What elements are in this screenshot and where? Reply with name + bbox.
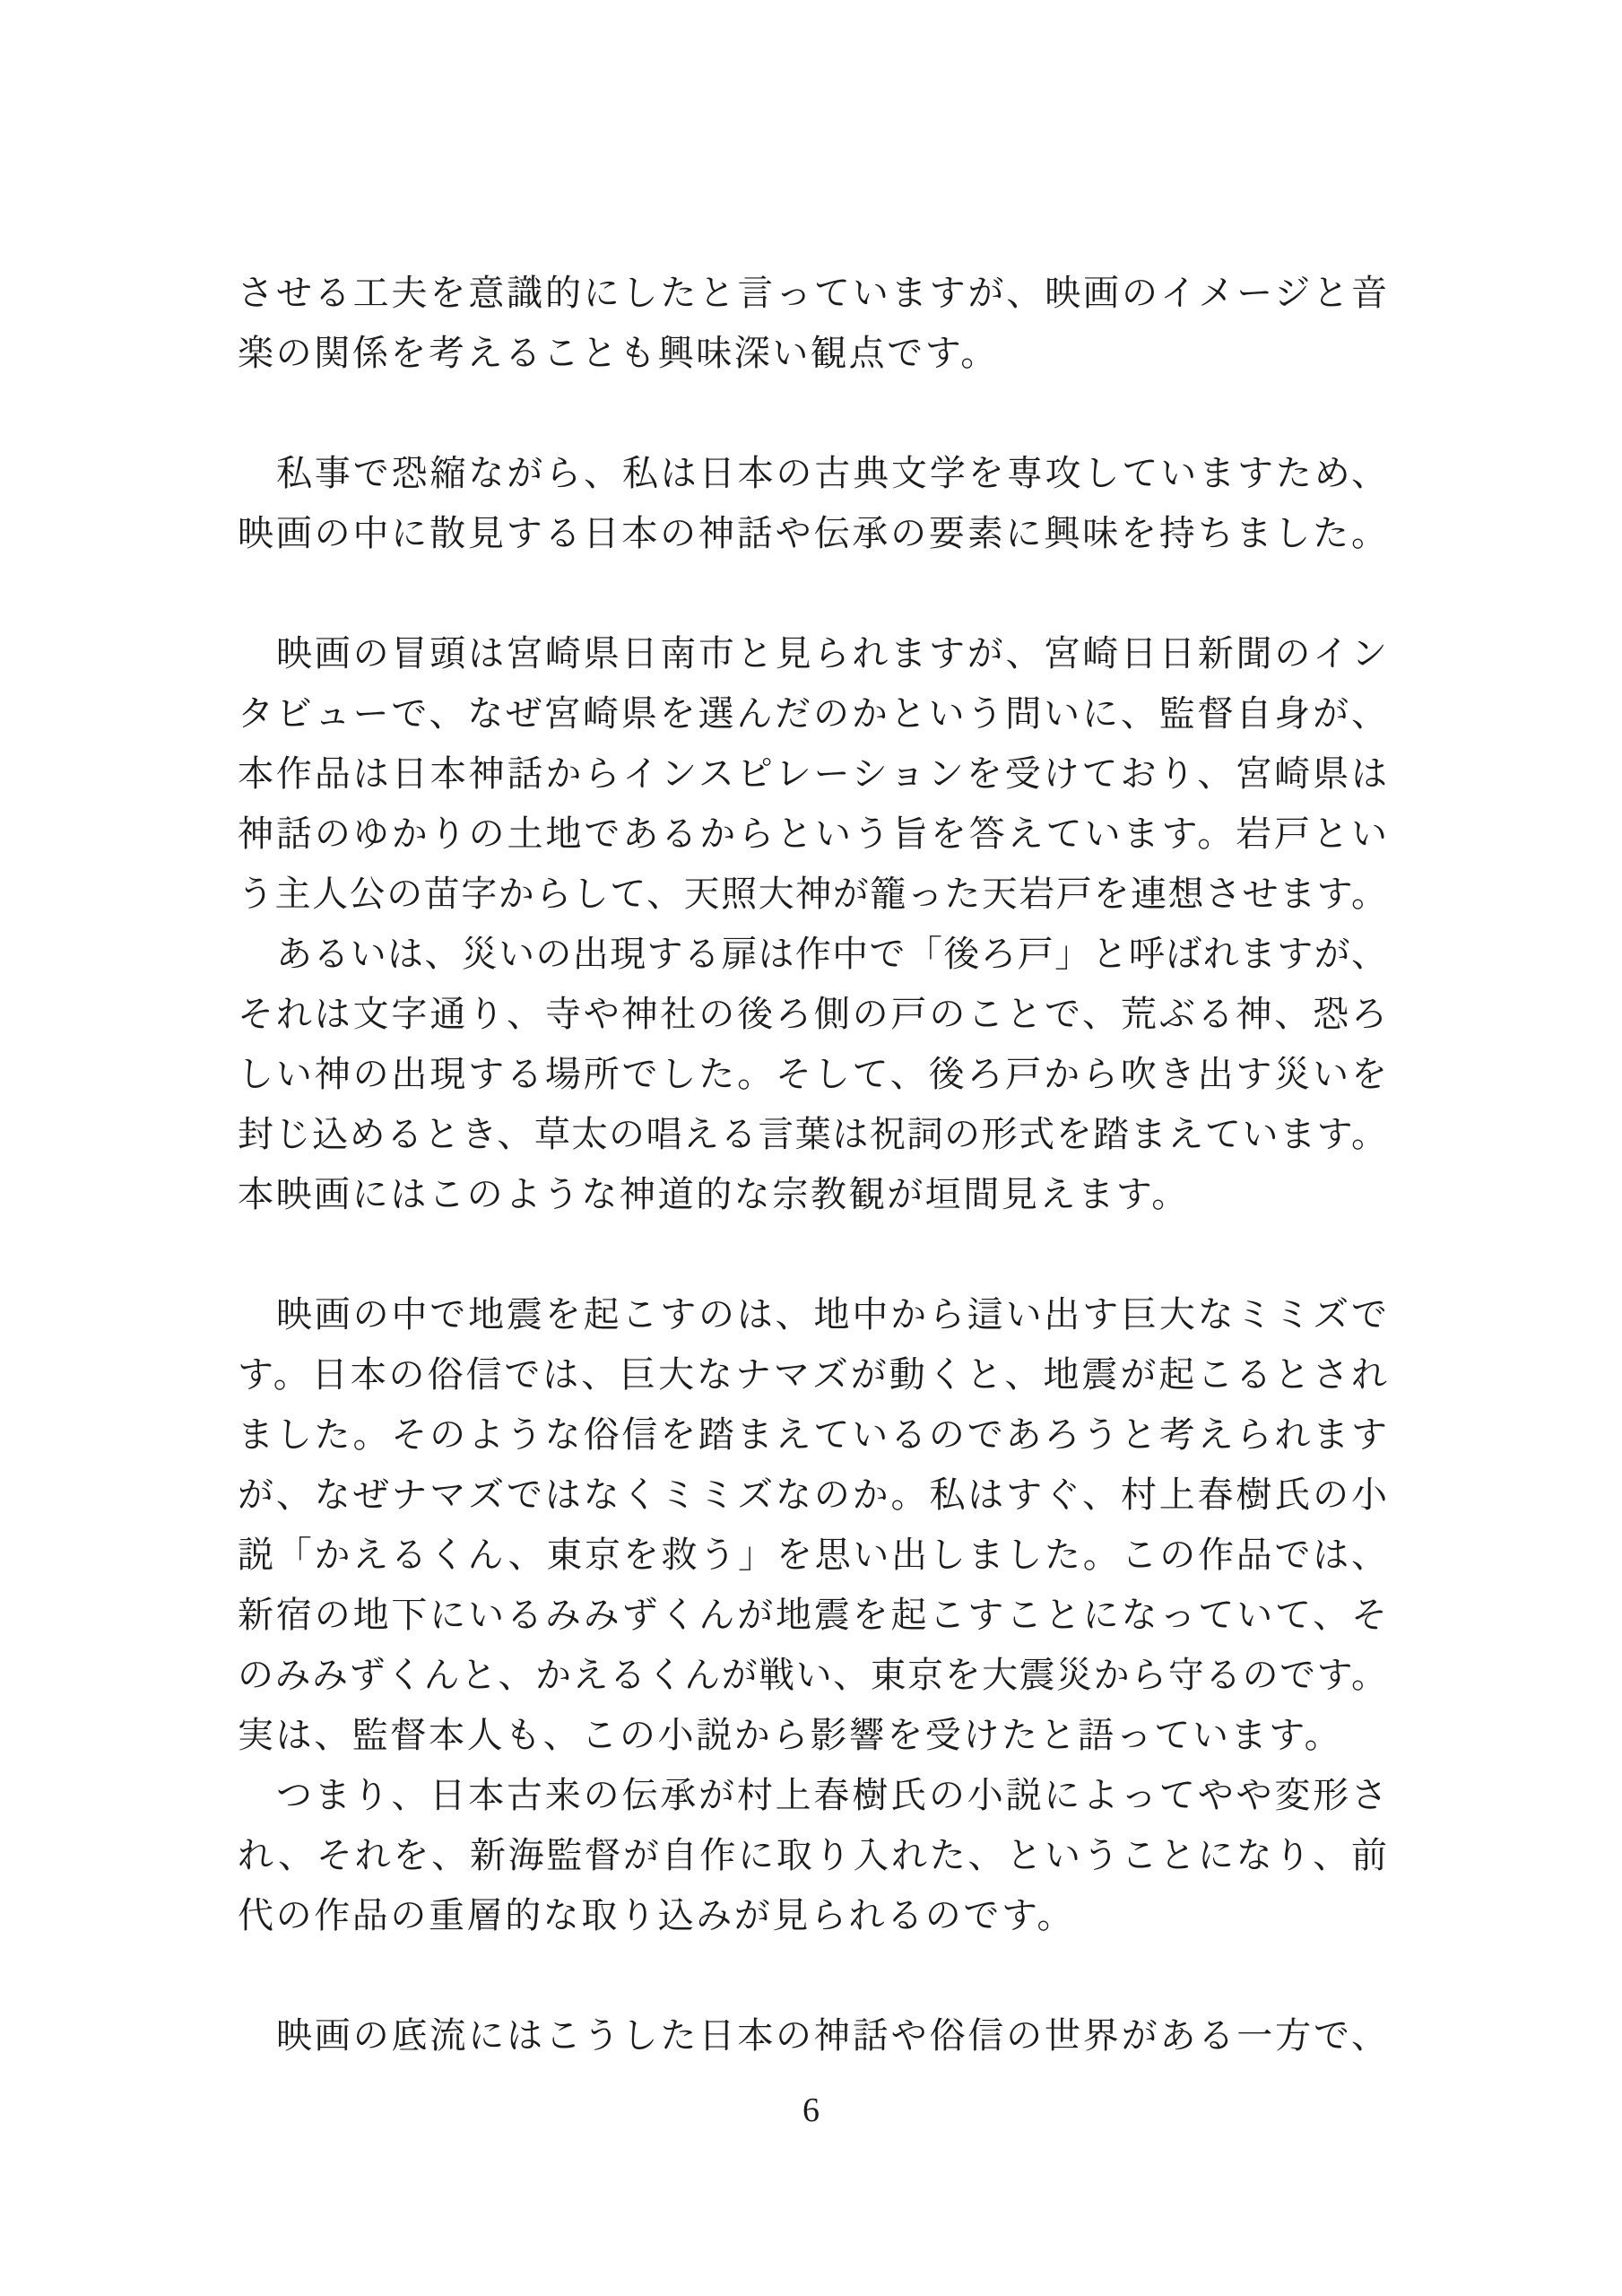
text-line: 映画の冒頭は宮崎県日南市と見られますが、宮崎日日新聞のイン [238,623,1387,683]
text-line: 本映画にはこのような神道的な宗教観が垣間見えます。 [238,1164,1387,1224]
text-line: 説「かえるくん、東京を救う」を思い出しました。この作品では、 [238,1525,1387,1585]
page-number: 6 [0,2086,1622,2135]
paragraph-spacer [238,563,1387,623]
text-body: させる工夫を意識的にしたと言っていますが、映画のイメージと音楽の関係を考えること… [238,263,1387,2066]
paragraph-spacer [238,1945,1387,2005]
text-line: あるいは、災いの出現する扉は作中で「後ろ戸」と呼ばれますが、 [238,924,1387,984]
text-line: う主人公の苗字からして、天照大神が籠った天岩戸を連想させます。 [238,864,1387,924]
paragraph-spacer [238,1224,1387,1284]
text-line: させる工夫を意識的にしたと言っていますが、映画のイメージと音 [238,263,1387,323]
text-line: 代の作品の重層的な取り込みが見られるのです。 [238,1885,1387,1945]
text-line: す。日本の俗信では、巨大なナマズが動くと、地震が起こるとされ [238,1344,1387,1405]
text-line: 映画の底流にはこうした日本の神話や俗信の世界がある一方で、 [238,2005,1387,2066]
text-line: 実は、監督本人も、この小説から影響を受けたと語っています。 [238,1705,1387,1765]
text-line: 封じ込めるとき、草太の唱える言葉は祝詞の形式を踏まえています。 [238,1104,1387,1164]
paragraph-spacer [238,383,1387,443]
text-line: それは文字通り、寺や神社の後ろ側の戸のことで、荒ぶる神、恐ろ [238,984,1387,1044]
text-line: ました。そのような俗信を踏まえているのであろうと考えられます [238,1405,1387,1465]
text-line: が、なぜナマズではなくミミズなのか。私はすぐ、村上春樹氏の小 [238,1465,1387,1525]
text-line: 新宿の地下にいるみみずくんが地震を起こすことになっていて、そ [238,1585,1387,1645]
text-line: 楽の関係を考えることも興味深い観点です。 [238,323,1387,383]
text-line: 神話のゆかりの土地であるからという旨を答えています。岩戸とい [238,804,1387,864]
text-line: タビューで、なぜ宮崎県を選んだのかという問いに、監督自身が、 [238,683,1387,744]
text-line: れ、それを、新海監督が自作に取り入れた、ということになり、前 [238,1825,1387,1885]
text-line: 私事で恐縮ながら、私は日本の古典文学を専攻していますため、 [238,443,1387,503]
text-line: のみみずくんと、かえるくんが戦い、東京を大震災から守るのです。 [238,1645,1387,1705]
text-line: 映画の中に散見する日本の神話や伝承の要素に興味を持ちました。 [238,503,1387,563]
text-line: 映画の中で地震を起こすのは、地中から這い出す巨大なミミズで [238,1284,1387,1344]
text-line: しい神の出現する場所でした。そして、後ろ戸から吹き出す災いを [238,1044,1387,1104]
text-line: 本作品は日本神話からインスピレーションを受けており、宮崎県は [238,744,1387,804]
text-line: つまり、日本古来の伝承が村上春樹氏の小説によってやや変形さ [238,1765,1387,1825]
document-page: させる工夫を意識的にしたと言っていますが、映画のイメージと音楽の関係を考えること… [0,0,1622,2296]
